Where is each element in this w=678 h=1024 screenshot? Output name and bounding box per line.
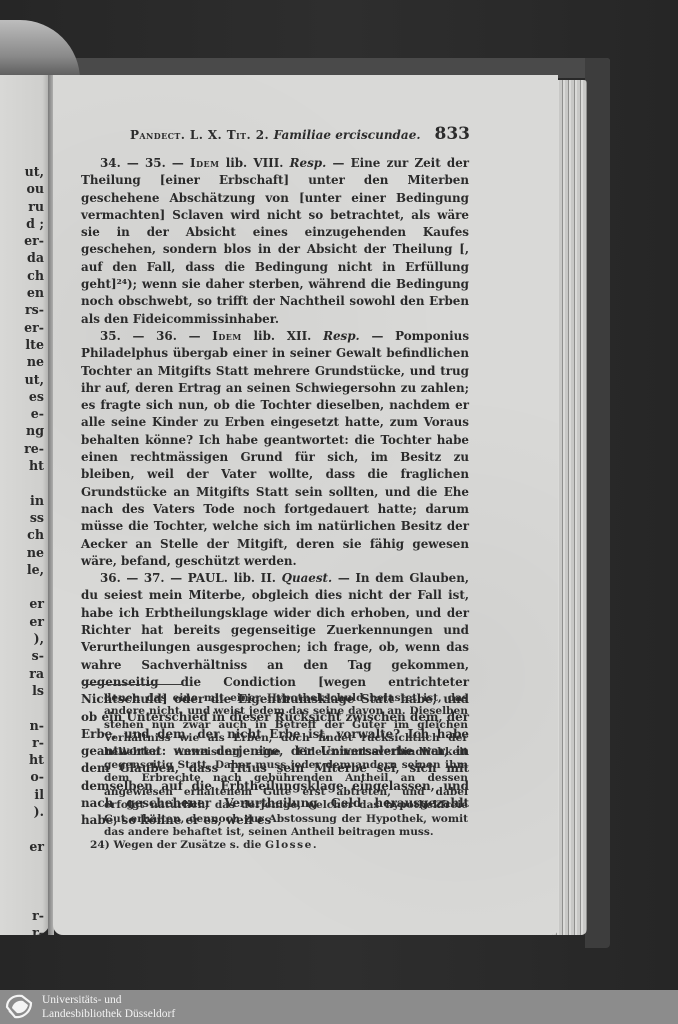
- paragraph-number: 35. — 36. —: [100, 329, 200, 343]
- paragraph-35-36: 35. — 36. — Idem lib. XII. Resp. — Pompo…: [81, 328, 469, 570]
- library-book-logo-icon: [4, 993, 34, 1021]
- running-head: Pandect. L. X. Tit. 2. Familiae erciscun…: [130, 124, 470, 144]
- institution-line-1: Universitäts- und: [42, 993, 175, 1007]
- paragraph-source: lib. XII.: [254, 329, 312, 343]
- paragraph-author: Idem: [190, 156, 219, 170]
- paragraph-source-italic: Resp.: [323, 329, 360, 343]
- paragraph-34-35: 34. — 35. — Idem lib. VIII. Resp. — Eine…: [81, 155, 469, 328]
- footnote-spaced-word: Glosse.: [265, 839, 318, 851]
- footnote-continuation: denen das eine mit einer Hypothekschuld …: [104, 692, 468, 839]
- left-page-text-fragments: ut, ou ru d ; er- da ch en rs- er- lte n…: [24, 163, 44, 935]
- paragraph-text: — Pomponius Philadelphus übergab einer i…: [81, 329, 469, 568]
- institution-line-2: Landesbibliothek Düsseldorf: [42, 1007, 175, 1021]
- book-cover-right-edge: [585, 58, 610, 948]
- footnote-text: Wegen der Zusätze s. die: [113, 839, 261, 851]
- paragraph-author: Idem: [212, 329, 241, 343]
- paragraph-source: lib. VIII.: [226, 156, 284, 170]
- footnotes: denen das eine mit einer Hypothekschuld …: [90, 692, 468, 853]
- paragraph-source-italic: Quaest.: [282, 571, 333, 585]
- institution-name: Universitäts- und Landesbibliothek Düsse…: [42, 993, 175, 1021]
- paragraph-text: — Eine zur Zeit der Theilung [einer Erbs…: [81, 156, 469, 326]
- paragraph-source: lib. II.: [234, 571, 276, 585]
- footnote-separator: [82, 684, 182, 685]
- footer-bar: Universitäts- und Landesbibliothek Düsse…: [0, 990, 678, 1024]
- footnote-label: 24): [90, 839, 110, 851]
- left-page-edge: ut, ou ru d ; er- da ch en rs- er- lte n…: [0, 75, 50, 935]
- paragraph-number: 36. — 37. —: [100, 571, 182, 585]
- paragraph-source-italic: Resp.: [290, 156, 327, 170]
- running-head-title: Pandect. L. X. Tit. 2. Familiae erciscun…: [130, 128, 421, 142]
- page-stack-edge: [553, 80, 587, 935]
- running-head-italic: Familiae erciscundae.: [274, 128, 421, 142]
- page-number: 833: [435, 124, 471, 144]
- footnote-24: 24) Wegen der Zusätze s. die Glosse.: [90, 839, 468, 852]
- running-head-section: Pandect. L. X. Tit. 2.: [130, 128, 269, 142]
- paragraph-number: 34. — 35. —: [100, 156, 184, 170]
- paragraph-author: PAUL.: [188, 571, 228, 585]
